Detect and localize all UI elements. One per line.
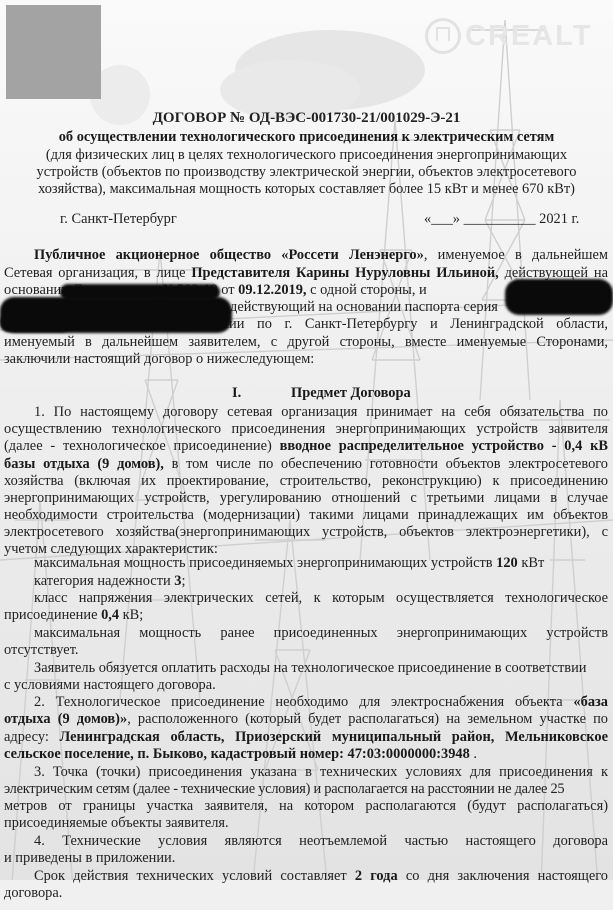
payment-line: с условиями настоящего договора. xyxy=(4,677,216,694)
p4-line: 4. Технические условия являются неотъемл… xyxy=(4,833,608,850)
char-max-power: максимальная мощность присоединяемых эне… xyxy=(34,555,544,572)
validity-period: 2 года xyxy=(355,868,398,884)
text-span: Срок действия технических условий состав… xyxy=(34,868,355,884)
text-span: . xyxy=(470,746,477,762)
subtitle-note-line: (для физических лиц в целях технологичес… xyxy=(0,147,613,164)
text-span: максимальная мощность присоединяемых эне… xyxy=(34,555,496,571)
p4-line: и приведены в приложении. xyxy=(4,850,175,867)
watermark: CREALT xyxy=(425,18,592,54)
section-number: I. xyxy=(232,385,241,402)
org-name: Публичное акционерное общество «Россети … xyxy=(34,247,424,263)
object-name: «база xyxy=(573,694,608,710)
redaction-mark xyxy=(0,314,70,332)
p3-line: электрическим сетям (далее - технические… xyxy=(4,781,564,798)
section-heading: Предмет Договора xyxy=(291,385,411,402)
p2-line: адресу: Ленинградская область, Приозерск… xyxy=(4,729,608,746)
text-span: , расположенного (который будет располаг… xyxy=(127,711,608,727)
house-logo-icon xyxy=(425,18,461,54)
redacted-thumbnail xyxy=(6,5,101,99)
representative-name: Представителя Карины Нуруловны Ильиной, xyxy=(191,265,498,281)
text-span: присоединение xyxy=(4,607,101,623)
paragraph-line: (далее - технологическое присоединение) … xyxy=(4,438,608,455)
contract-city: г. Санкт-Петербург xyxy=(60,211,177,228)
redaction-mark xyxy=(505,279,613,315)
p2-line: сельское поселение, п. Быково, кадастров… xyxy=(4,746,477,763)
preamble-line: действующий на основании паспорта серия xyxy=(230,299,498,316)
address: Ленинградская область, Приозерский муниц… xyxy=(60,729,609,745)
p2-line: отдыха (9 домов)», расположенного (котор… xyxy=(4,711,608,728)
text-span: в том числе по обеспечению готовности об… xyxy=(164,456,608,472)
contract-title: ДОГОВОР № ОД-ВЭС-001730-21/001029-Э-21 xyxy=(0,110,613,127)
validity-line: Срок действия технических условий состав… xyxy=(4,868,608,885)
text-span: (далее - технологическое присоединение) xyxy=(4,438,280,454)
char-voltage-cont: присоединение 0,4 кВ; xyxy=(4,607,143,624)
max-power-value: 120 xyxy=(496,555,518,571)
paragraph-line: базы отдыха (9 домов), в том числе по об… xyxy=(4,456,608,473)
text-span: кВ; xyxy=(119,607,143,623)
paragraph-line: необходимости строительства (модернизаци… xyxy=(4,507,608,524)
validity-line: договора. xyxy=(4,885,62,902)
preamble-line: заключили настоящий договор о нижеследую… xyxy=(4,351,314,368)
voltage-value: 0,4 xyxy=(101,607,119,623)
p3-line: 3. Точка (точки) присоединения указана в… xyxy=(4,764,608,781)
text-span: кВт xyxy=(518,555,544,571)
contract-date: «___» __________ 2021 г. xyxy=(424,211,579,228)
text-span: Сетевая организация, в лице xyxy=(4,265,191,281)
preamble-line: Публичное акционерное общество «Россети … xyxy=(4,247,608,264)
object-name: базы отдыха (9 домов), xyxy=(4,456,164,472)
paragraph-line: хозяйства (включая их проектирование, ст… xyxy=(4,473,608,490)
payment-line: Заявитель обязуется оплатить расходы на … xyxy=(34,660,586,677)
text-span: , именуемое в дальнейшем xyxy=(424,247,608,263)
char-voltage: класс напряжения электрических сетей, к … xyxy=(4,590,608,607)
watermark-text: CREALT xyxy=(465,20,592,53)
cadastral-number: сельское поселение, п. Быково, кадастров… xyxy=(4,746,470,762)
p3-line: метров от границы участка заявителя, на … xyxy=(4,798,608,815)
device-name: вводное распределительное устройство - 0… xyxy=(280,438,608,454)
subtitle-note-line: хозяйства), максимальная мощность которы… xyxy=(0,181,613,198)
paragraph-line: осуществлению технологического присоедин… xyxy=(4,421,608,438)
p3-line: присоединяемые объекты заявителя. xyxy=(4,815,229,832)
object-name: отдыха (9 домов)» xyxy=(4,711,127,727)
preamble-line: именуемый в дальнейшем заявителем, с дру… xyxy=(4,334,608,351)
poa-date: 09.12.2019, xyxy=(238,282,306,298)
redaction-mark xyxy=(60,284,220,300)
text-span: 2. Технологическое присоединение необход… xyxy=(34,694,573,710)
char-reliability: категория надежности 3; xyxy=(34,573,186,590)
subtitle-note-line: устройств (объектов по производству элек… xyxy=(0,164,613,181)
p2-line: 2. Технологическое присоединение необход… xyxy=(4,694,608,711)
reliability-value: 3 xyxy=(174,573,181,589)
paragraph-line: электросетевого хозяйства(энергопринимаю… xyxy=(4,524,608,541)
char-prev-power-cont: отсутствует. xyxy=(4,642,79,659)
text-span: адресу: xyxy=(4,729,60,745)
paragraph-line: энергопринимающих устройств, урегулирова… xyxy=(4,490,608,507)
char-prev-power: максимальная мощность ранее присоединенн… xyxy=(4,625,608,642)
text-span: категория надежности xyxy=(34,573,174,589)
text-span: с одной стороны, и xyxy=(307,282,427,298)
text-span: со дня заключения настоящего xyxy=(398,868,608,884)
text-span: ; xyxy=(182,573,186,589)
contract-subtitle: об осуществлении технологического присое… xyxy=(0,129,613,146)
paragraph-line: 1. По настоящему договору сетевая органи… xyxy=(4,404,608,421)
